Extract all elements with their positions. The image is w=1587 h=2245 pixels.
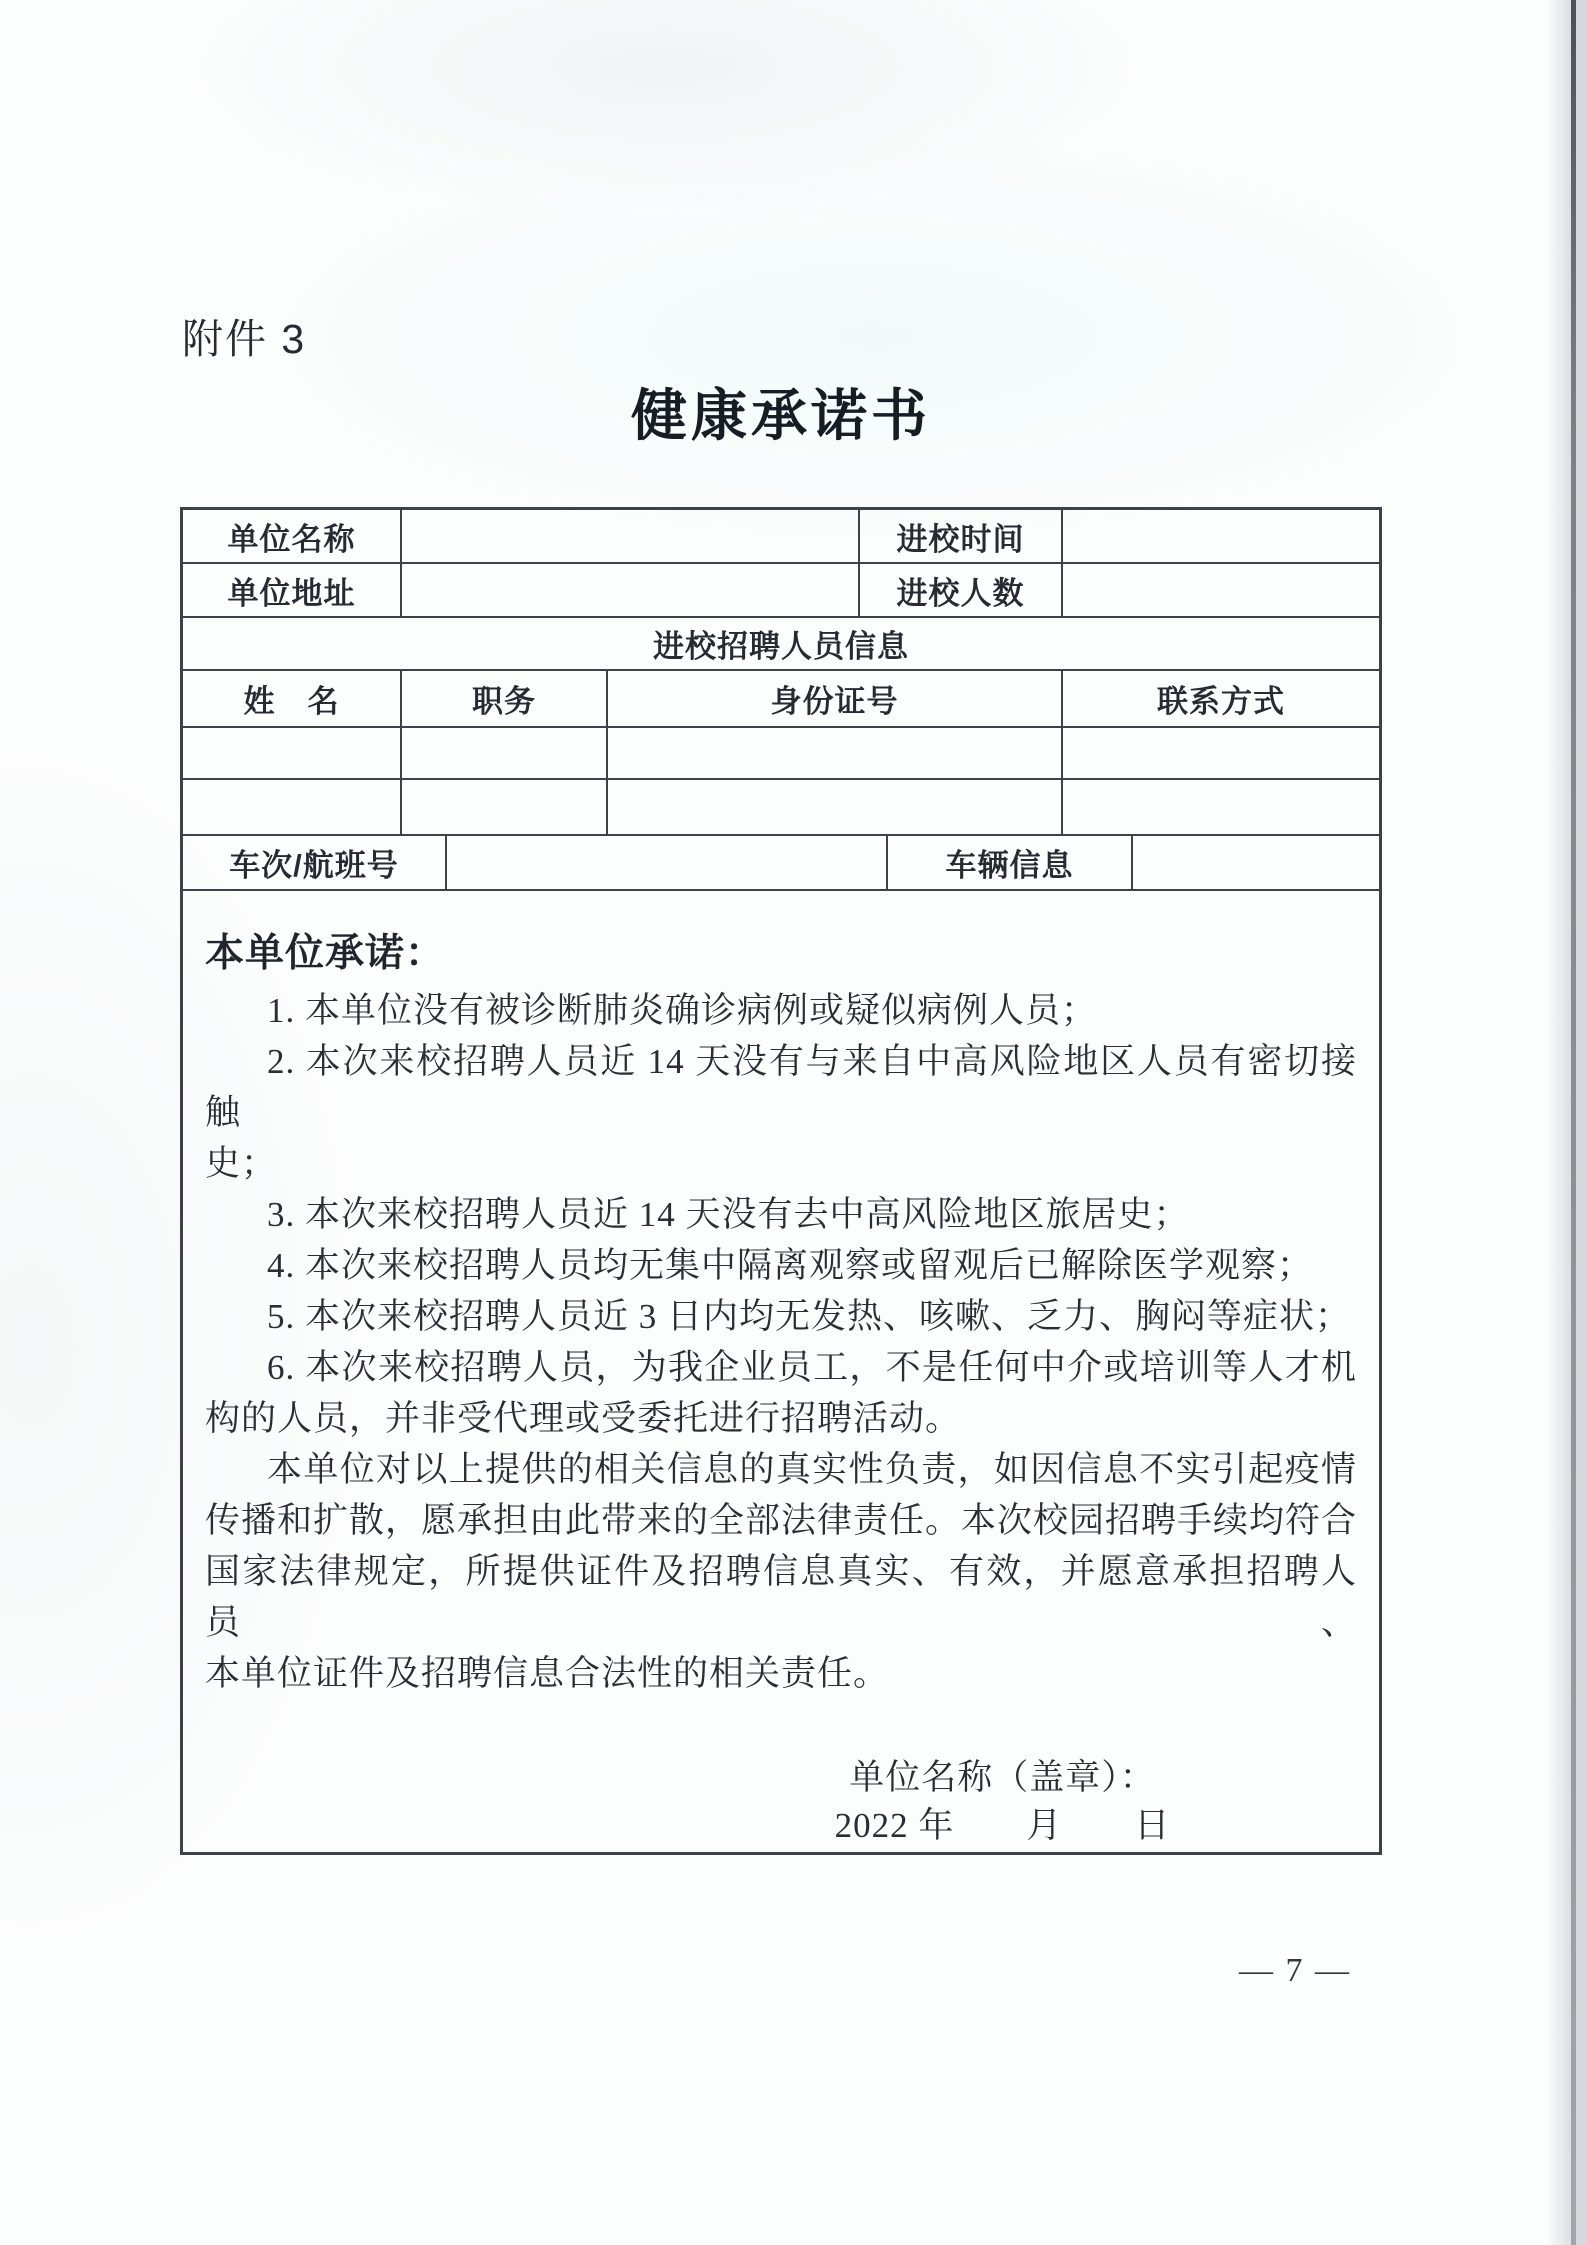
col-header-position: 职务 xyxy=(402,671,608,726)
commitment-line: 1. 本单位没有被诊断肺炎确诊病例或疑似病例人员； xyxy=(205,985,1357,1036)
scanned-document-page: 附件 3 健康承诺书 单位名称 进校时间 单位地址 进校人数 进校招聘人员信息 … xyxy=(0,0,1587,2245)
page-number: — 7 — xyxy=(1205,1952,1385,1990)
commitment-line: 2. 本次来校招聘人员近 14 天没有与来自中高风险地区人员有密切接触 xyxy=(205,1036,1357,1138)
commitment-line: 本单位对以上提供的相关信息的真实性负责，如因信息不实引起疫情 xyxy=(205,1444,1357,1495)
position-cell xyxy=(402,728,608,778)
commitment-line: 史； xyxy=(205,1138,1357,1189)
train-flight-number-label: 车次/航班号 xyxy=(183,836,447,889)
personnel-empty-row xyxy=(183,728,1379,780)
personnel-section-header: 进校招聘人员信息 xyxy=(183,618,1379,669)
date-line: 2022 年 月 日 xyxy=(745,1802,1260,1850)
signature-block: 单位名称（盖章）： 2022 年 月 日 xyxy=(745,1754,1260,1850)
personnel-empty-row xyxy=(183,780,1379,836)
unit-name-row: 单位名称 进校时间 xyxy=(183,510,1379,564)
name-cell xyxy=(183,728,402,778)
personnel-header-row: 姓 名 职务 身份证号 联系方式 xyxy=(183,671,1379,728)
commitment-section: 本单位承诺： 1. 本单位没有被诊断肺炎确诊病例或疑似病例人员； 2. 本次来校… xyxy=(183,891,1379,1699)
unit-name-label: 单位名称 xyxy=(183,510,402,562)
commitment-line: 4. 本次来校招聘人员均无集中隔离观察或留观后已解除医学观察； xyxy=(205,1240,1357,1291)
unit-address-label: 单位地址 xyxy=(183,564,402,616)
commitment-line: 5. 本次来校招聘人员近 3 日内均无发热、咳嗽、乏力、胸闷等症状； xyxy=(205,1291,1357,1342)
col-header-id-number: 身份证号 xyxy=(608,671,1063,726)
id-number-cell xyxy=(608,780,1063,834)
name-cell xyxy=(183,780,402,834)
commitment-line: 3. 本次来校招聘人员近 14 天没有去中高风险地区旅居史； xyxy=(205,1189,1357,1240)
id-number-cell xyxy=(608,728,1063,778)
vehicle-info-label: 车辆信息 xyxy=(888,836,1133,889)
scan-edge-shadow xyxy=(1546,0,1572,2245)
document-title: 健康承诺书 xyxy=(180,372,1382,452)
commitment-heading: 本单位承诺： xyxy=(205,931,1357,977)
entry-time-label: 进校时间 xyxy=(860,510,1063,562)
personnel-section-header-row: 进校招聘人员信息 xyxy=(183,618,1379,671)
unit-name-value-cell xyxy=(402,510,860,562)
commitment-line: 国家法律规定，所提供证件及招聘信息真实、有效，并愿意承担招聘人员、 xyxy=(205,1546,1357,1648)
entry-headcount-label: 进校人数 xyxy=(860,564,1063,616)
commitment-line: 本单位证件及招聘信息合法性的相关责任。 xyxy=(205,1648,1357,1699)
unit-address-value-cell xyxy=(402,564,860,616)
entry-time-value-cell xyxy=(1063,510,1379,562)
contact-cell xyxy=(1063,780,1379,834)
col-header-name: 姓 名 xyxy=(183,671,402,726)
col-header-contact: 联系方式 xyxy=(1063,671,1379,726)
contact-cell xyxy=(1063,728,1379,778)
commitment-line: 6. 本次来校招聘人员，为我企业员工，不是任何中介或培训等人才机 xyxy=(205,1342,1357,1393)
unit-address-row: 单位地址 进校人数 xyxy=(183,564,1379,618)
commitment-text: 1. 本单位没有被诊断肺炎确诊病例或疑似病例人员； 2. 本次来校招聘人员近 1… xyxy=(205,985,1357,1699)
commitment-line: 传播和扩散，愿承担由此带来的全部法律责任。本次校园招聘手续均符合 xyxy=(205,1495,1357,1546)
scan-background-band xyxy=(1576,0,1587,2245)
transport-row: 车次/航班号 车辆信息 xyxy=(183,836,1379,891)
unit-seal-line: 单位名称（盖章）： xyxy=(745,1754,1260,1802)
health-commitment-form: 单位名称 进校时间 单位地址 进校人数 进校招聘人员信息 姓 名 职务 身份证号… xyxy=(180,507,1382,1855)
attachment-label: 附件 3 xyxy=(182,306,306,365)
entry-headcount-value-cell xyxy=(1063,564,1379,616)
position-cell xyxy=(402,780,608,834)
vehicle-info-value-cell xyxy=(1133,836,1379,889)
train-flight-number-value-cell xyxy=(447,836,888,889)
commitment-line: 构的人员，并非受代理或受委托进行招聘活动。 xyxy=(205,1393,1357,1444)
